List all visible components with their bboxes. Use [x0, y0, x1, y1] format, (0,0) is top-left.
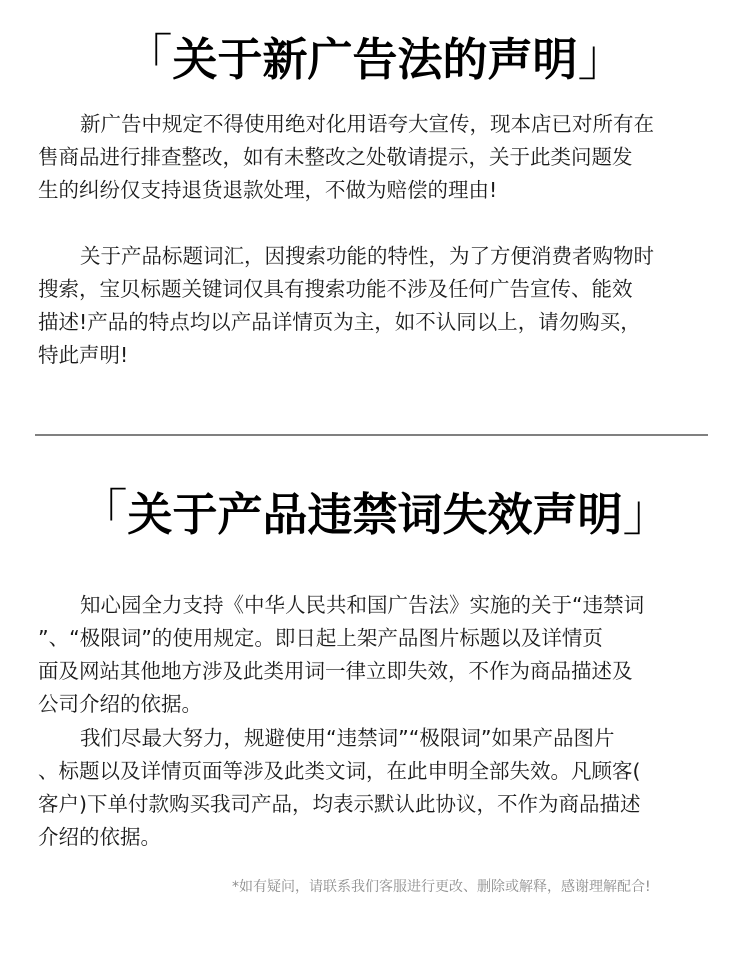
- paragraph-line: 关于产品标题词汇，因搜索功能的特性，为了方便消费者购物时: [38, 240, 718, 273]
- ad-law-paragraph-2: 关于产品标题词汇，因搜索功能的特性，为了方便消费者购物时 搜索，宝贝标题关键词仅…: [38, 240, 718, 372]
- ad-law-statement-title: 「关于新广告法的声明」: [0, 18, 750, 90]
- close-corner-bracket: 」: [578, 29, 628, 87]
- title-text: 关于产品违禁词失效声明: [127, 488, 622, 541]
- contact-footnote: *如有疑问，请联系我们客服进行更改、删除或解释，感谢理解配合!: [232, 876, 651, 896]
- close-corner-bracket: 」: [623, 484, 673, 542]
- paragraph-line: 特此声明!: [38, 339, 718, 372]
- section-divider: [35, 434, 708, 436]
- paragraph-line: 我们尽最大努力，规避使用“违禁词”“极限词”如果产品图片: [38, 722, 718, 755]
- paragraph-line: 新广告中规定不得使用绝对化用语夸大宣传，现本店已对所有在: [38, 108, 718, 141]
- paragraph-line: ”、“极限词”的使用规定。即日起上架产品图片标题以及详情页: [38, 622, 718, 655]
- banned-words-statement-title: 「关于产品违禁词失效声明」: [0, 473, 750, 545]
- title-text: 关于新广告法的声明: [172, 33, 577, 86]
- banned-words-paragraph-1: 知心园全力支持《中华人民共和国广告法》实施的关于“违禁词 ”、“极限词”的使用规…: [38, 589, 718, 721]
- open-corner-bracket: 「: [122, 29, 172, 87]
- paragraph-line: 搜索，宝贝标题关键词仅具有搜索功能不涉及任何广告宣传、能效: [38, 273, 718, 306]
- paragraph-line: 知心园全力支持《中华人民共和国广告法》实施的关于“违禁词: [38, 589, 718, 622]
- ad-law-paragraph-1: 新广告中规定不得使用绝对化用语夸大宣传，现本店已对所有在 售商品进行排查整改，如…: [38, 108, 718, 207]
- paragraph-line: 、标题以及详情页面等涉及此类文词，在此申明全部失效。凡顾客(: [38, 755, 718, 788]
- paragraph-line: 介绍的依据。: [38, 821, 718, 854]
- paragraph-line: 面及网站其他地方涉及此类用词一律立即失效，不作为商品描述及: [38, 655, 718, 688]
- paragraph-line: 描述!产品的特点均以产品详情页为主，如不认同以上，请勿购买，: [38, 306, 718, 339]
- paragraph-line: 生的纠纷仅支持退货退款处理，不做为赔偿的理由!: [38, 174, 718, 207]
- banned-words-paragraph-2: 我们尽最大努力，规避使用“违禁词”“极限词”如果产品图片 、标题以及详情页面等涉…: [38, 722, 718, 854]
- open-corner-bracket: 「: [77, 484, 127, 542]
- paragraph-line: 售商品进行排查整改，如有未整改之处敬请提示，关于此类问题发: [38, 141, 718, 174]
- paragraph-line: 客户)下单付款购买我司产品，均表示默认此协议，不作为商品描述: [38, 788, 718, 821]
- paragraph-line: 公司介绍的依据。: [38, 688, 718, 721]
